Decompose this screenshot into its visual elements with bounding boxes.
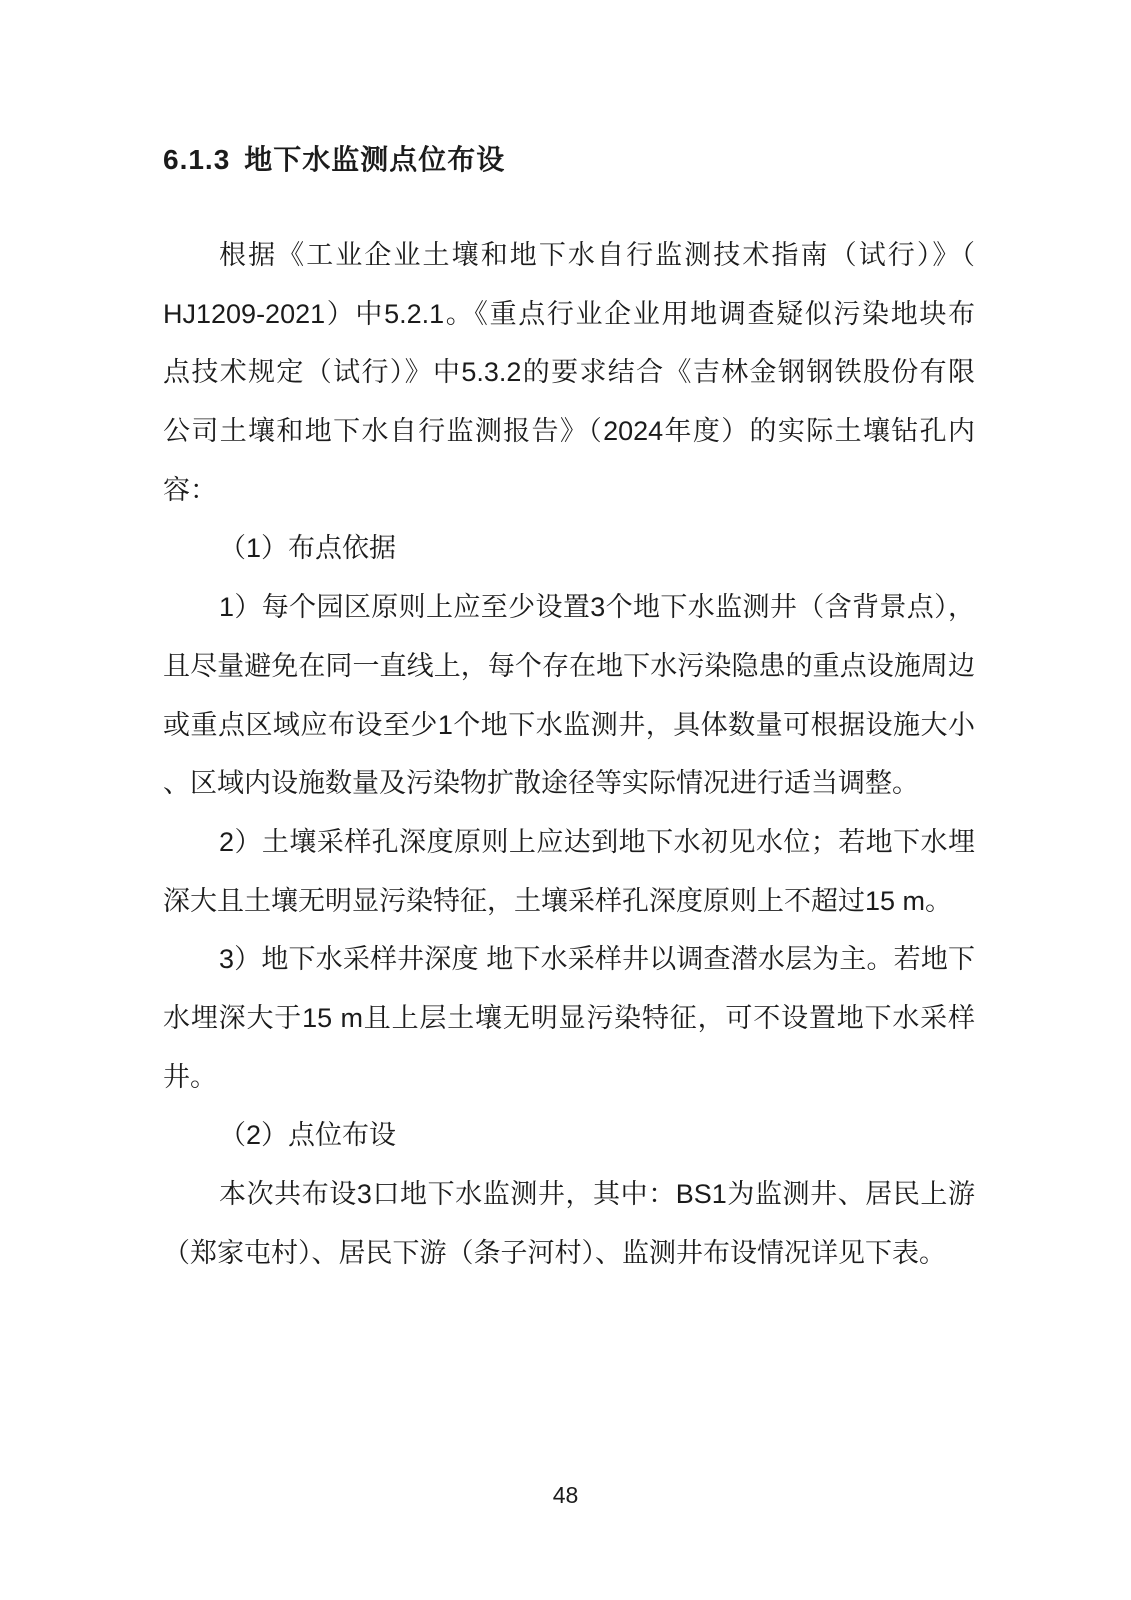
section-title: 地下水监测点位布设 [244, 144, 505, 175]
body-line: 井。 [163, 1048, 975, 1107]
section-heading: 6.1.3地下水监测点位布设 [163, 138, 505, 178]
body-line: 本次共布设3口地下水监测井，其中：BS1为监测井、居民上游 [163, 1165, 975, 1224]
body-line: 3）地下水采样井深度 地下水采样井以调查潜水层为主。若地下 [163, 930, 975, 989]
body-line: 或重点区域应布设至少1个地下水监测井，具体数量可根据设施大小 [163, 696, 975, 755]
body-line: （1）布点依据 [163, 519, 975, 578]
body-line: 2）土壤采样孔深度原则上应达到地下水初见水位；若地下水埋 [163, 813, 975, 872]
body-line: 且尽量避免在同一直线上，每个存在地下水污染隐患的重点设施周边 [163, 637, 975, 696]
body-line: HJ1209-2021）中5.2.1。《重点行业企业用地调查疑似污染地块布 [163, 285, 975, 344]
body-line: 1）每个园区原则上应至少设置3个地下水监测井（含背景点）， [163, 578, 975, 637]
body-text-block: 根据《工业企业土壤和地下水自行监测技术指南（试行）》（ HJ1209-2021）… [163, 226, 975, 1282]
body-line: （郑家屯村）、居民下游（条子河村）、监测井布设情况详见下表。 [163, 1224, 975, 1283]
body-line: 点技术规定（试行）》中5.3.2的要求结合《吉林金钢钢铁股份有限 [163, 343, 975, 402]
body-line: 容： [163, 461, 975, 520]
body-line: 公司土壤和地下水自行监测报告》（2024年度）的实际土壤钻孔内 [163, 402, 975, 461]
body-line: 根据《工业企业土壤和地下水自行监测技术指南（试行）》（ [163, 226, 975, 285]
body-line: 、区域内设施数量及污染物扩散途径等实际情况进行适当调整。 [163, 754, 975, 813]
document-page: 6.1.3地下水监测点位布设 根据《工业企业土壤和地下水自行监测技术指南（试行）… [0, 0, 1131, 1600]
section-number: 6.1.3 [163, 144, 230, 175]
body-line: （2）点位布设 [163, 1106, 975, 1165]
body-line: 水埋深大于15 m且上层土壤无明显污染特征，可不设置地下水采样 [163, 989, 975, 1048]
page-number: 48 [0, 1482, 1131, 1509]
body-line: 深大且土壤无明显污染特征，土壤采样孔深度原则上不超过15 m。 [163, 872, 975, 931]
